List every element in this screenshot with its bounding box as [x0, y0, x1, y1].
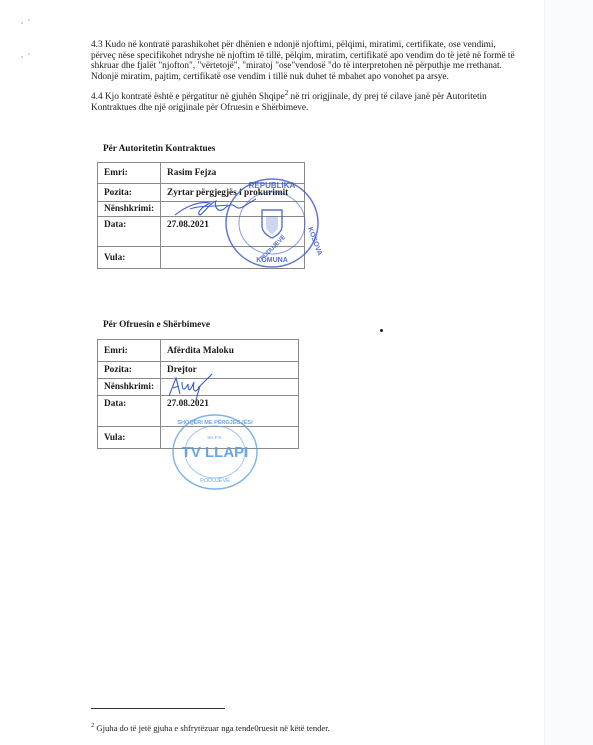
- table-row: Data: 27.08.2021: [98, 217, 305, 247]
- label-nenshkrimi: Nënshkrimi:: [98, 379, 161, 396]
- label-vula: Vula:: [98, 247, 161, 269]
- label-pozita: Pozita:: [98, 362, 161, 379]
- paragraph-4-4-text-a: 4.4 Kjo kontratë është e përgatitur në g…: [91, 92, 285, 102]
- value-pozita: Drejtor: [161, 362, 299, 379]
- table-row: Data: 27.08.2021: [98, 396, 299, 427]
- table-row: Nënshkrimi:: [98, 202, 305, 217]
- scan-speck: [28, 53, 30, 55]
- table-row: Emri: Afërdita Maloku: [98, 340, 299, 362]
- table-row: Pozita: Drejtor: [98, 362, 299, 379]
- label-pozita: Pozita:: [98, 184, 161, 202]
- svg-text:KOSOVA: KOSOVA: [306, 226, 322, 256]
- service-provider-title: Për Ofruesin e Shërbimeve: [103, 320, 210, 330]
- page-edge-shadow: [544, 0, 593, 745]
- value-emri: Rasim Fejza: [161, 163, 305, 184]
- svg-text:PODUJEVË: PODUJEVË: [200, 477, 230, 484]
- label-emri: Emri:: [98, 163, 161, 184]
- table-row: Emri: Rasim Fejza: [98, 163, 305, 184]
- label-data: Data:: [98, 396, 161, 427]
- table-row: Pozita: Zyrtar përgjegjës i prokurimit: [98, 184, 305, 202]
- value-nenshkrimi: [161, 379, 299, 396]
- footnote-separator: [91, 708, 225, 709]
- table-row: Nënshkrimi:: [98, 379, 299, 396]
- scan-speck: [28, 19, 30, 21]
- paragraph-4-4: 4.4 Kjo kontratë është e përgatitur në g…: [91, 92, 521, 113]
- value-emri: Afërdita Maloku: [161, 340, 299, 362]
- footnote-text: Gjuha do të jetë gjuha e shfrytëzuar nga…: [94, 723, 330, 733]
- value-data: 27.08.2021: [161, 396, 299, 427]
- value-pozita: Zyrtar përgjegjës i prokurimit: [161, 184, 305, 202]
- value-vula: [161, 247, 305, 269]
- contracting-authority-table: Emri: Rasim Fejza Pozita: Zyrtar përgjeg…: [97, 162, 305, 269]
- footnote: 2 Gjuha do të jetë gjuha e shfrytëzuar n…: [91, 722, 330, 733]
- value-vula: [161, 427, 299, 449]
- scan-speck: [21, 22, 23, 24]
- value-nenshkrimi: [161, 202, 305, 217]
- label-nenshkrimi: Nënshkrimi:: [98, 202, 161, 217]
- label-vula: Vula:: [98, 427, 161, 449]
- contracting-authority-title: Për Autoritetin Kontraktues: [103, 144, 215, 154]
- table-row: Vula:: [98, 247, 305, 269]
- service-provider-table: Emri: Afërdita Maloku Pozita: Drejtor Në…: [97, 339, 299, 449]
- scan-speck: [21, 56, 23, 58]
- value-data: 27.08.2021: [161, 217, 305, 247]
- stray-mark: [380, 329, 383, 332]
- table-row: Vula:: [98, 427, 299, 449]
- paragraph-4-3: 4.3 Kudo në kontratë parashikohet për dh…: [91, 40, 521, 82]
- label-emri: Emri:: [98, 340, 161, 362]
- label-data: Data:: [98, 217, 161, 247]
